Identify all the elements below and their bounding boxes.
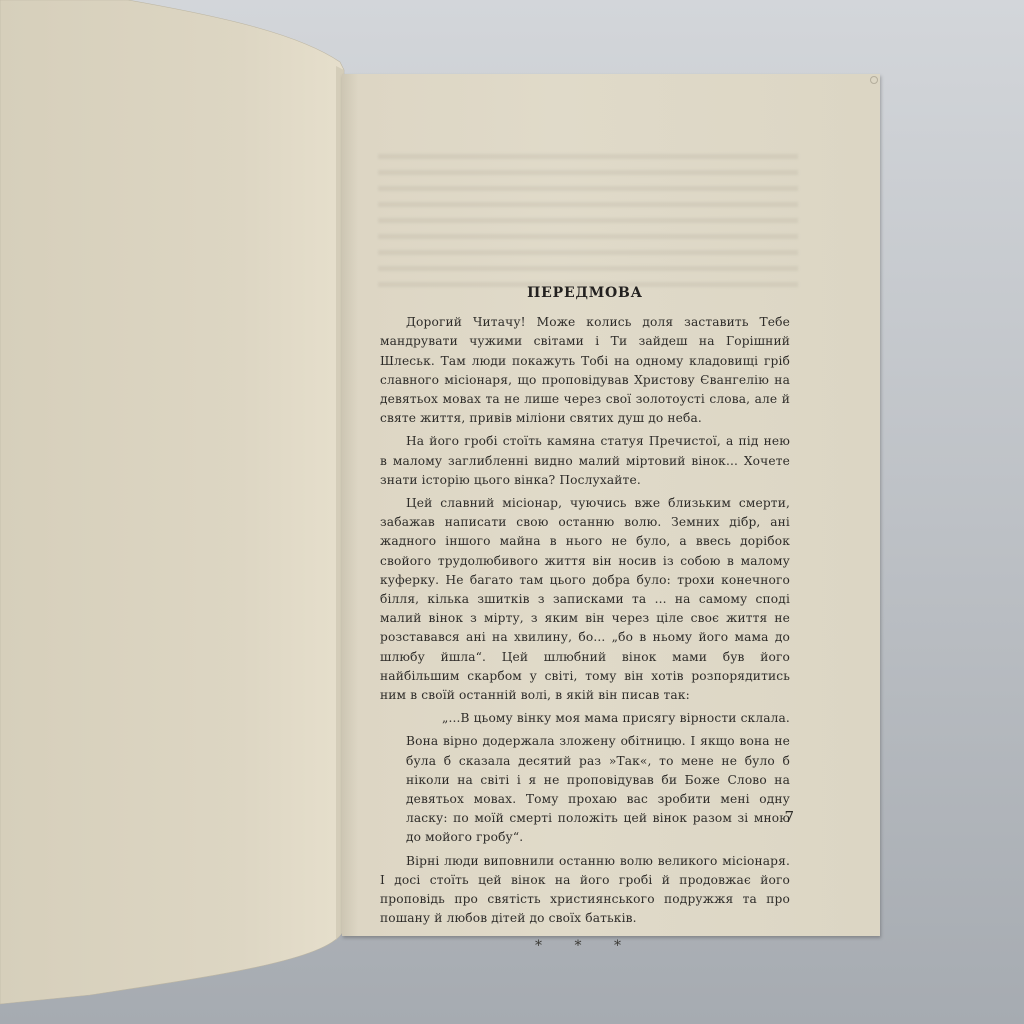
closing-paragraph: Вірні люди виповнили останню волю велико…: [380, 852, 790, 929]
paragraph: На його гробі стоїть камяна статуя Пречи…: [380, 432, 790, 490]
page-title: ПЕРЕДМОВА: [380, 284, 790, 303]
section-separator: * * *: [380, 937, 790, 956]
show-through-text: [378, 154, 798, 294]
corner-wear-mark: [870, 76, 878, 84]
quote-first-line: „...В цьому вінку моя мама присягу вірно…: [406, 709, 790, 728]
page-body: ПЕРЕДМОВА Дорогий Читачу! Може колись до…: [380, 284, 790, 956]
page-number: 7: [784, 808, 794, 826]
right-page: ПЕРЕДМОВА Дорогий Читачу! Може колись до…: [342, 74, 880, 936]
quote-body: Вона вірно додержала зложену обітницю. І…: [406, 732, 790, 847]
paragraph: Цей славний місіонар, чуючись вже близьк…: [380, 494, 790, 705]
paragraph: Дорогий Читачу! Може колись доля застави…: [380, 313, 790, 428]
